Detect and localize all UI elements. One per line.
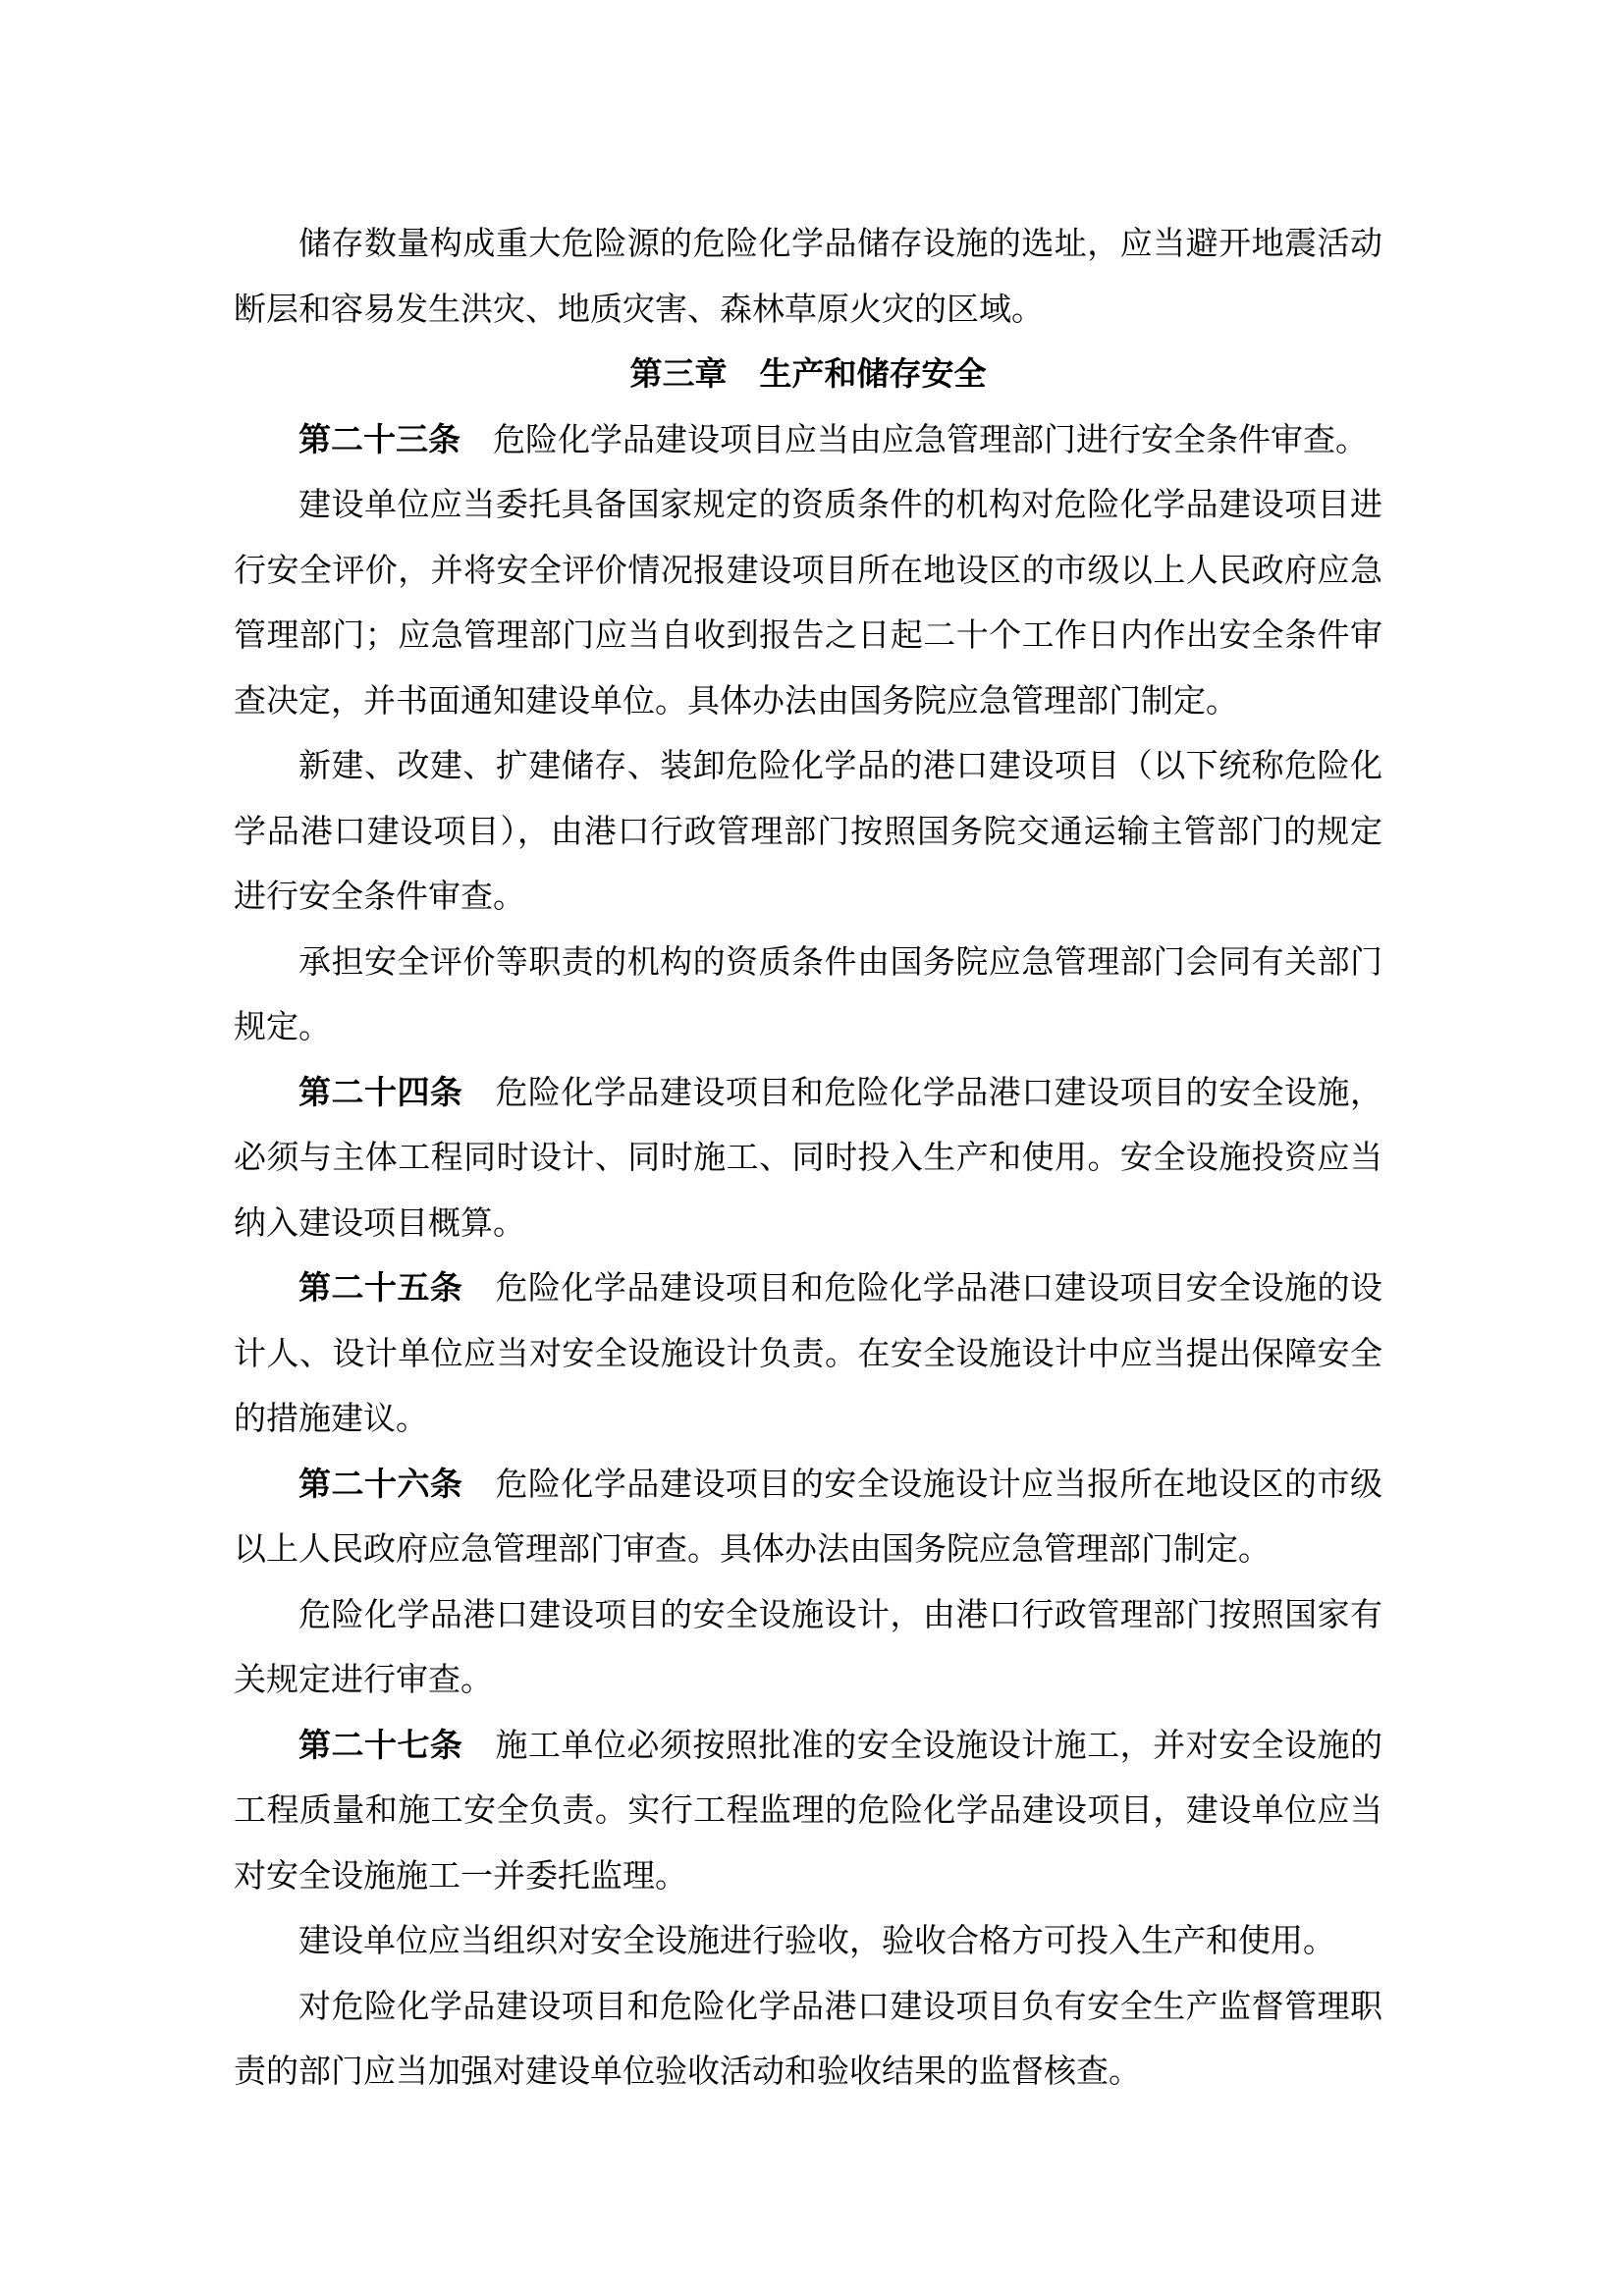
paragraph: 新建、改建、扩建储存、装卸危险化学品的港口建设项目（以下统称危险化学品港口建设项… (234, 734, 1382, 931)
paragraph: 承担安全评价等职责的机构的资质条件由国务院应急管理部门会同有关部门规定。 (234, 931, 1382, 1061)
article-number: 第二十七条 (298, 1729, 462, 1764)
paragraph-text: 对危险化学品建设项目和危险化学品港口建设项目负有安全生产监督管理职责的部门应当加… (234, 1990, 1382, 2091)
chapter-heading: 第三章 生产和储存安全 (234, 343, 1382, 408)
chapter-heading-text: 第三章 生产和储存安全 (630, 357, 987, 393)
paragraph: 建设单位应当组织对安全设施进行验收，验收合格方可投入生产和使用。 (234, 1909, 1382, 1975)
paragraph: 第二十五条危险化学品建设项目和危险化学品港口建设项目安全设施的设计人、设计单位应… (234, 1256, 1382, 1453)
paragraph: 对危险化学品建设项目和危险化学品港口建设项目负有安全生产监督管理职责的部门应当加… (234, 1975, 1382, 2106)
paragraph-text: 危险化学品港口建设项目的安全设施设计，由港口行政管理部门按照国家有关规定进行审查… (234, 1598, 1382, 1699)
paragraph: 储存数量构成重大危险源的危险化学品储存设施的选址，应当避开地震活动断层和容易发生… (234, 212, 1382, 343)
paragraph-text: 建设单位应当组织对安全设施进行验收，验收合格方可投入生产和使用。 (298, 1924, 1335, 1959)
article-number: 第二十三条 (298, 423, 460, 458)
paragraph: 第二十四条危险化学品建设项目和危险化学品港口建设项目的安全设施，必须与主体工程同… (234, 1061, 1382, 1257)
document-page: 储存数量构成重大危险源的危险化学品储存设施的选址，应当避开地震活动断层和容易发生… (0, 0, 1624, 2296)
paragraph-text: 储存数量构成重大危险源的危险化学品储存设施的选址，应当避开地震活动断层和容易发生… (234, 227, 1382, 328)
paragraph-text: 危险化学品建设项目应当由应急管理部门进行安全条件审查。 (493, 423, 1368, 458)
paragraph: 危险化学品港口建设项目的安全设施设计，由港口行政管理部门按照国家有关规定进行审查… (234, 1583, 1382, 1714)
article-number: 第二十六条 (298, 1468, 462, 1503)
paragraph: 第二十三条危险化学品建设项目应当由应急管理部门进行安全条件审查。 (234, 408, 1382, 474)
document-body: 储存数量构成重大危险源的危险化学品储存设施的选址，应当避开地震活动断层和容易发生… (234, 212, 1382, 2106)
paragraph: 第二十六条危险化学品建设项目的安全设施设计应当报所在地设区的市级以上人民政府应急… (234, 1453, 1382, 1583)
paragraph-text: 建设单位应当委托具备国家规定的资质条件的机构对危险化学品建设项目进行安全评价，并… (234, 488, 1382, 720)
paragraph-text: 承担安全评价等职责的机构的资质条件由国务院应急管理部门会同有关部门规定。 (234, 945, 1382, 1046)
paragraph-text: 新建、改建、扩建储存、装卸危险化学品的港口建设项目（以下统称危险化学品港口建设项… (234, 749, 1382, 915)
article-number: 第二十五条 (298, 1271, 462, 1307)
article-number: 第二十四条 (298, 1076, 462, 1111)
paragraph: 第二十七条施工单位必须按照批准的安全设施设计施工，并对安全设施的工程质量和施工安… (234, 1714, 1382, 1910)
paragraph: 建设单位应当委托具备国家规定的资质条件的机构对危险化学品建设项目进行安全评价，并… (234, 473, 1382, 734)
